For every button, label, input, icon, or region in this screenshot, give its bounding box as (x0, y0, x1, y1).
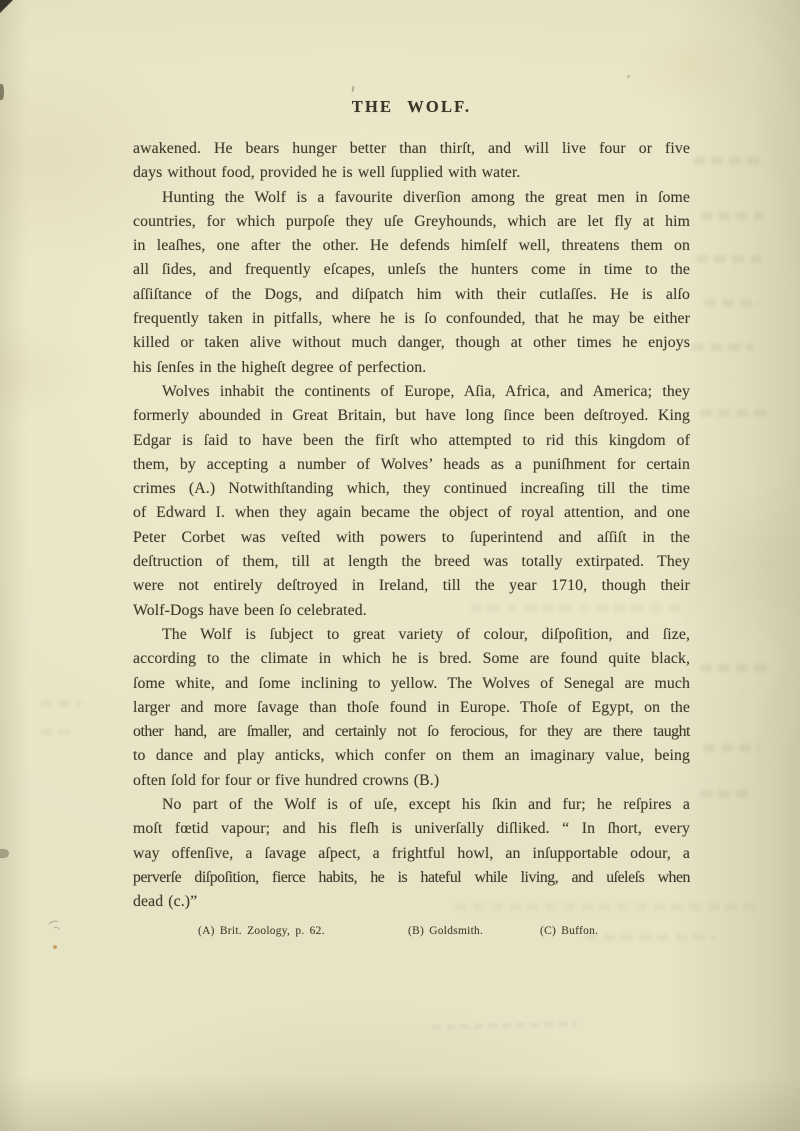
text-line: his ſenſes in the higheſt degree of perf… (133, 356, 690, 380)
page-edge-nick (0, 84, 4, 100)
text-line: them, by accepting a number of Wolves’ h… (133, 453, 690, 477)
text-line: days without food, provided he is well ſ… (133, 161, 690, 185)
text-line: often ſold for four or five hundred crow… (133, 769, 690, 793)
text-line: in leaſhes, one after the other. He defe… (133, 234, 690, 258)
text-line: of Edward I. when they again became the … (133, 501, 690, 525)
text-line: deſtruction of them, till at length the … (133, 550, 690, 574)
text-line: Wolf-Dogs have been ſo celebrated. (133, 599, 690, 623)
show-through-mark (40, 700, 82, 707)
page-corner-shadow (0, 0, 13, 13)
page-edge-nick (0, 849, 9, 858)
text-line: killed or taken alive without much dange… (133, 331, 690, 355)
footnote-a: (A) Brit. Zoology, p. 62. (198, 925, 325, 937)
text-line: other hand, are ſmaller, and certainly n… (133, 720, 690, 744)
pencil-squiggle (432, 1021, 577, 1030)
text-line: according to the climate in which he is … (133, 647, 690, 671)
text-line: No part of the Wolf is of uſe, except hi… (133, 793, 690, 817)
page-title: THE WOLF. (133, 97, 690, 117)
footnote-b: (B) Goldsmith. (408, 925, 483, 937)
show-through-mark (40, 728, 76, 735)
show-through-mark (700, 409, 766, 417)
text-line: perverſe diſpoſition, fierce habits, he … (133, 866, 690, 890)
text-line: dead (c.)” (133, 890, 690, 914)
show-through-mark (700, 790, 755, 798)
text-line: Edgar is ſaid to have been the firſt who… (133, 429, 690, 453)
show-through-mark (693, 157, 765, 165)
text-line: way offenſive, a ſavage aſpect, a fright… (133, 842, 690, 866)
text-line: Wolves inhabit the continents of Europe,… (133, 380, 690, 404)
text-line: ſome white, and ſome inclining to yellow… (133, 672, 690, 696)
text-line: Hunting the Wolf is a favourite diverſio… (133, 186, 690, 210)
text-line: crimes (A.) Notwithſtanding which, they … (133, 477, 690, 501)
show-through-mark (703, 744, 761, 752)
book-page-scan: THE WOLF. awakened. He bears hunger bett… (0, 0, 800, 1131)
ink-speck (53, 945, 57, 949)
footnotes-row: (A) Brit. Zoology, p. 62. (B) Goldsmith.… (0, 925, 800, 945)
page-text-block: awakened. He bears hunger better than th… (133, 137, 690, 915)
ink-speck (627, 75, 630, 78)
text-line: Peter Corbet was veſted with powers to ſ… (133, 526, 690, 550)
text-line: larger and more ſavage than thoſe found … (133, 696, 690, 720)
text-line: The Wolf is ſubject to great variety of … (133, 623, 690, 647)
text-line: formerly abounded in Great Britain, but … (133, 404, 690, 428)
text-line: countries, for which purpoſe they uſe Gr… (133, 210, 690, 234)
text-line: aſſiſtance of the Dogs, and diſpatch him… (133, 283, 690, 307)
text-line: awakened. He bears hunger better than th… (133, 137, 690, 161)
ink-speck (351, 86, 354, 92)
show-through-mark (692, 343, 754, 351)
footnote-c: (C) Buffon. (540, 925, 598, 937)
text-line: all ſides, and frequently eſcapes, unleſ… (133, 258, 690, 282)
text-line: frequently taken in pitfalls, where he i… (133, 307, 690, 331)
text-line: were not entirely deſtroyed in Ireland, … (133, 574, 690, 598)
show-through-mark (696, 255, 766, 263)
show-through-mark (704, 299, 760, 307)
show-through-mark (700, 664, 770, 672)
text-line: moſt fœtid vapour; and his fleſh is univ… (133, 817, 690, 841)
show-through-mark (700, 212, 764, 220)
text-line: to dance and play anticks, which confer … (133, 744, 690, 768)
